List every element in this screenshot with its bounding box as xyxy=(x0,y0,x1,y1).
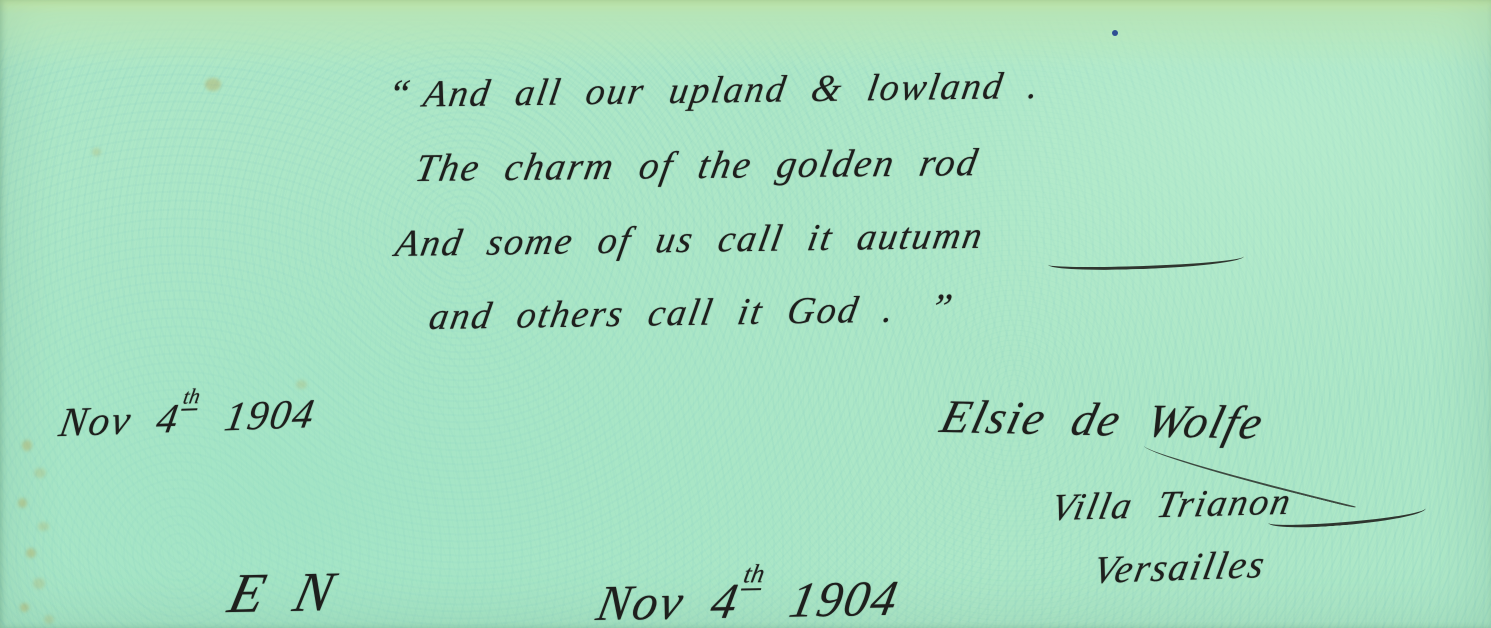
foxing-stain xyxy=(296,380,307,389)
pen-flourish xyxy=(1048,249,1244,271)
foxing-stain xyxy=(92,148,101,156)
pen-flourish xyxy=(1268,501,1427,531)
date-entry: Nov 4th 1904 xyxy=(56,389,320,446)
foxing-stain xyxy=(205,78,221,91)
foxing-stain xyxy=(34,468,46,478)
quote-line-3-text: And some of us call it autumn xyxy=(392,215,987,265)
signature-address-line2: Versailles xyxy=(1090,542,1270,593)
date-ordinal: th xyxy=(181,384,202,411)
foxing-stain xyxy=(18,498,27,508)
foxing-stain xyxy=(20,603,29,612)
foxing-stain xyxy=(22,440,32,451)
partial-date-entry: Nov 4th 1904 xyxy=(592,569,904,628)
close-quote-mark: ” xyxy=(891,285,955,331)
quote-line-2: The charm of the golden rod xyxy=(412,140,983,191)
date-year: 1904 xyxy=(221,390,319,439)
partial-date-month-day: Nov 4 xyxy=(593,572,745,628)
ink-dot xyxy=(1112,30,1118,36)
quote-line-2-text: The charm of the golden rod xyxy=(412,141,983,190)
partial-signature-initials: E N xyxy=(223,560,342,626)
foxing-stain xyxy=(26,548,36,558)
scanned-autograph-page: “And all our upland & lowland . The char… xyxy=(0,0,1491,628)
quote-line-1-text: And all our upland & lowland . xyxy=(421,65,1044,116)
foxing-stain xyxy=(33,578,45,589)
quote-line-1: “And all our upland & lowland . xyxy=(384,61,1044,117)
quote-line-4-text: and others call it God . xyxy=(426,289,899,338)
foxing-stain xyxy=(38,522,49,531)
signature-name: Elsie de Wolfe xyxy=(935,390,1270,450)
quote-line-4: and others call it God .” xyxy=(426,284,956,339)
quote-line-3: And some of us call it autumn xyxy=(392,214,988,266)
foxing-stain xyxy=(44,615,54,624)
signature-address-line1: Villa Trianon xyxy=(1047,480,1296,531)
date-month-day: Nov 4 xyxy=(56,395,184,445)
partial-date-ordinal: th xyxy=(741,559,767,590)
partial-date-year: 1904 xyxy=(785,570,904,628)
